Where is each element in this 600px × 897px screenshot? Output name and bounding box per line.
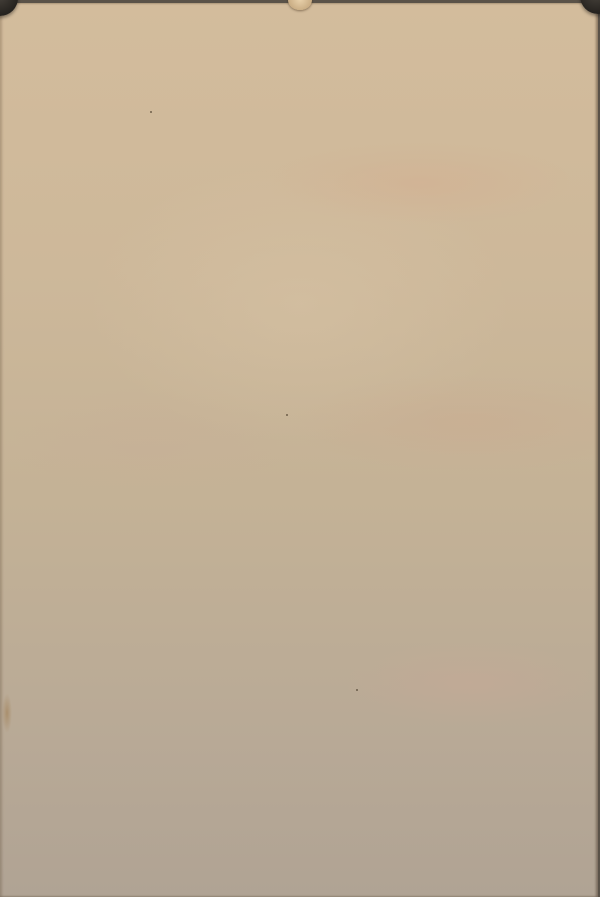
photo-scene: Blank reverse side of an aged paper post… [0,0,600,897]
poster-back [0,3,598,897]
paper-speck [356,689,358,691]
paper-speck [286,414,288,416]
paper-speck [150,111,152,113]
edge-stain [2,693,12,733]
